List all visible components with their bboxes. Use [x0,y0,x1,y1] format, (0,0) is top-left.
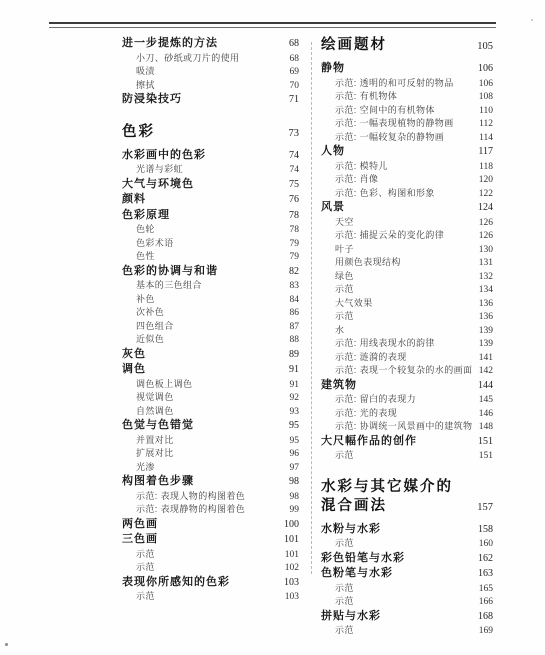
toc-entry-label: 颜料 [122,192,146,208]
toc-entry: 彩色铅笔与水彩162 [321,551,493,567]
toc-entry-page-number: 93 [286,406,300,419]
toc-entry: 光谱与彩虹74 [122,163,299,177]
toc-entry-page-number: 68 [285,36,299,52]
toc-entry-label: 调色板上调色 [136,378,192,391]
toc-entry-page-number: 103 [281,591,299,604]
toc-entry: 色彩73 [122,123,299,143]
toc-entry-label: 构图着色步骤 [122,474,194,490]
toc-entry-label: 色彩 [122,123,155,142]
toc-entry-label: 色彩原理 [122,208,170,224]
toc-entry-label: 叶子 [335,243,354,256]
toc-entry: 色彩原理78 [122,208,299,224]
toc-entry: 示范136 [321,310,493,324]
toc-entry: 色轮78 [122,223,299,237]
toc-entry-page-number: 117 [474,144,493,160]
toc-entry-label: 示范 [335,624,354,637]
toc-entry-label: 并置对比 [136,434,174,447]
toc-column-right: 绘画题材105静物106示范: 透明的和可反射的物品106示范: 有机物体108… [321,36,493,638]
toc-entry: 吸渍69 [122,65,299,79]
scan-speck [5,643,8,646]
toc-entry-page-number: 106 [474,61,493,77]
toc-entry-label: 补色 [136,293,155,306]
toc-entry-label: 示范 [136,561,155,574]
toc-entry: 灰色89 [122,347,299,363]
toc-entry: 示范: 光的表现146 [321,407,493,421]
toc-entry-label: 光谱与彩虹 [136,163,183,176]
toc-entry-page-number: 99 [286,504,300,517]
toc-entry: 静物106 [321,61,493,77]
toc-entry: 进一步提炼的方法68 [122,36,299,52]
toc-entry: 色性79 [122,250,299,264]
toc-entry-label: 示范 [335,537,354,550]
toc-entry-label: 水粉与水彩 [321,522,381,538]
toc-entry-page-number: 158 [474,522,493,538]
toc-entry-page-number: 166 [475,596,493,609]
toc-entry-label: 示范 [136,590,155,603]
toc-entry-page-number: 101 [281,549,299,562]
toc-entry-label: 示范: 表现一个较复杂的水的画面 [335,364,472,377]
toc-entry-page-number: 106 [475,78,493,91]
toc-entry-label: 色轮 [136,223,155,236]
toc-entry-label: 示范: 空间中的有机物体 [335,104,435,117]
toc-entry-page-number: 110 [475,105,493,118]
toc-entry: 示范: 协调统一风景画中的建筑物148 [321,420,493,434]
toc-entry-page-number: 79 [286,238,300,251]
toc-entry-page-number: 126 [475,230,493,243]
toc-entry-page-number: 139 [475,325,493,338]
toc-entry: 示范: 透明的和可反射的物品106 [321,77,493,91]
toc-entry-page-number: 75 [285,177,299,193]
toc-entry: 示范165 [321,582,493,596]
toc-entry-label: 示范: 光的表现 [335,407,397,420]
toc-entry-page-number: 69 [286,66,300,79]
toc-entry-page-number: 82 [285,264,299,280]
toc-entry: 示范: 一幅较复杂的静物画114 [321,131,493,145]
toc-entry: 三色画101 [122,532,299,548]
toc-entry-page-number: 148 [475,421,493,434]
toc-entry: 次补色86 [122,306,299,320]
toc-entry-label: 示范: 一幅较复杂的静物画 [335,131,444,144]
toc-entry: 绿色132 [321,270,493,284]
toc-entry-page-number: 151 [475,450,493,463]
toc-entry: 基本的三色组合83 [122,279,299,293]
toc-entry-label: 绘画题材 [321,36,387,55]
toc-entry-page-number: 74 [285,148,299,164]
toc-entry: 示范: 色彩、构图和形象122 [321,187,493,201]
toc-entry: 混合画法157 [321,497,493,517]
toc-entry: 扩展对比96 [122,447,299,461]
scan-speck [531,19,533,21]
toc-entry-label: 建筑物 [321,378,357,394]
toc-entry-label: 示范: 一幅表现植物的静物画 [335,117,454,130]
toc-entry-label: 吸渍 [136,65,155,78]
toc-entry-label: 次补色 [136,306,164,319]
toc-entry: 色粉笔与水彩163 [321,566,493,582]
toc-entry: 擦拭70 [122,79,299,93]
toc-entry: 水彩与其它媒介的 [321,478,493,497]
toc-entry: 小刀、砂纸或刀片的使用68 [122,52,299,66]
toc-entry: 四色组合87 [122,320,299,334]
toc-entry: 调色板上调色91 [122,378,299,392]
toc-entry-page-number: 78 [285,208,299,224]
toc-entry: 颜料76 [122,192,299,208]
toc-entry-page-number: 132 [475,271,493,284]
toc-entry-label: 视觉调色 [136,391,174,404]
toc-entry: 示范166 [321,595,493,609]
toc-entry: 水粉与水彩158 [321,522,493,538]
toc-entry-label: 混合画法 [321,497,387,516]
toc-entry-label: 示范: 透明的和可反射的物品 [335,77,454,90]
toc-entry-label: 擦拭 [136,79,155,92]
toc-entry: 示范: 留白的表现力145 [321,393,493,407]
toc-entry-page-number: 78 [286,224,300,237]
toc-entry-label: 灰色 [122,347,146,363]
toc-entry-label: 防浸染技巧 [122,92,182,108]
toc-entry-label: 用颜色表现结构 [335,256,401,269]
toc-entry: 视觉调色92 [122,391,299,405]
toc-entry-page-number: 98 [285,474,299,490]
toc-entry-page-number: 146 [475,408,493,421]
toc-entry: 用颜色表现结构131 [321,256,493,270]
toc-entry: 示范: 涟漪的表现141 [321,351,493,365]
toc-entry-label: 拼贴与水彩 [321,609,381,625]
toc-entry-label: 色彩术语 [136,237,174,250]
toc-entry-page-number: 98 [286,491,300,504]
toc-entry: 色彩术语79 [122,237,299,251]
toc-entry-page-number: 169 [475,625,493,638]
toc-entry-label: 大气效果 [335,297,373,310]
toc-entry-page-number: 91 [286,379,300,392]
toc-entry-page-number: 95 [286,435,300,448]
column-divider-line [311,42,312,574]
toc-entry-label: 水彩画中的色彩 [122,148,206,164]
toc-entry: 防浸染技巧71 [122,92,299,108]
toc-entry-label: 大气与环境色 [122,177,194,193]
toc-entry-page-number: 100 [280,517,299,533]
toc-entry-page-number: 89 [285,347,299,363]
toc-entry-label: 色觉与色错觉 [122,418,194,434]
toc-entry-label: 三色画 [122,532,158,548]
toc-entry: 近似色88 [122,333,299,347]
toc-entry-label: 示范: 有机物体 [335,90,397,103]
toc-entry-label: 水 [335,324,344,337]
toc-entry: 示范169 [321,624,493,638]
toc-entry-label: 示范: 用线表现水的韵律 [335,337,435,350]
toc-entry: 示范: 表现一个较复杂的水的画面142 [321,364,493,378]
toc-entry-label: 色性 [136,250,155,263]
toc-entry: 示范: 有机物体108 [321,90,493,104]
toc-entry: 示范: 肖像120 [321,173,493,187]
toc-entry-page-number: 165 [475,583,493,596]
toc-entry-page-number: 141 [475,352,493,365]
toc-entry-page-number: 79 [286,251,300,264]
toc-entry-page-number: 73 [285,124,300,143]
toc-entry-label: 扩展对比 [136,447,174,460]
toc-entry-label: 基本的三色组合 [136,279,202,292]
toc-entry-page-number: 160 [475,538,493,551]
toc-entry-page-number: 122 [475,188,493,201]
toc-entry: 示范134 [321,283,493,297]
toc-entry-page-number: 120 [475,174,493,187]
toc-entry: 人物117 [321,144,493,160]
toc-entry-page-number: 74 [286,164,300,177]
toc-entry: 色彩的协调与和谐82 [122,264,299,280]
toc-entry-page-number: 97 [286,462,300,475]
toc-entry: 天空126 [321,216,493,230]
toc-entry: 叶子130 [321,243,493,257]
toc-entry-label: 调色 [122,362,146,378]
toc-entry: 并置对比95 [122,434,299,448]
toc-entry-page-number: 144 [474,378,493,394]
toc-entry-page-number: 92 [286,392,300,405]
toc-entry-label: 示范: 捕捉云朵的变化韵律 [335,229,444,242]
toc-entry-page-number: 101 [280,532,299,548]
toc-entry-label: 示范 [335,449,354,462]
toc-entry-page-number: 86 [286,307,300,320]
toc-entry-page-number: 130 [475,244,493,257]
toc-entry-label: 水彩与其它媒介的 [321,478,453,497]
toc-entry-label: 示范 [335,595,354,608]
toc-entry-page-number: 114 [475,132,493,145]
toc-entry: 示范: 空间中的有机物体110 [321,104,493,118]
toc-page: 进一步提炼的方法68小刀、砂纸或刀片的使用68吸渍69擦拭70防浸染技巧71色彩… [0,0,545,655]
toc-entry-page-number: 84 [286,294,300,307]
toc-entry: 拼贴与水彩168 [321,609,493,625]
toc-entry: 构图着色步骤98 [122,474,299,490]
toc-entry-label: 小刀、砂纸或刀片的使用 [136,52,239,65]
toc-entry: 风景124 [321,200,493,216]
toc-entry-page-number: 102 [281,562,299,575]
toc-entry: 示范102 [122,561,299,575]
toc-entry-label: 示范: 表现人物的构图着色 [136,490,245,503]
toc-entry-page-number: 96 [286,448,300,461]
toc-entry-label: 风景 [321,200,345,216]
toc-entry-page-number: 124 [474,200,493,216]
toc-entry-label: 色彩的协调与和谐 [122,264,218,280]
toc-entry-label: 进一步提炼的方法 [122,36,218,52]
toc-entry-label: 示范: 涟漪的表现 [335,351,407,364]
toc-entry-label: 光渗 [136,461,155,474]
toc-entry: 自然调色93 [122,405,299,419]
toc-entry-label: 示范: 肖像 [335,173,378,186]
toc-entry-page-number: 151 [474,434,493,450]
toc-entry: 大尺幅作品的创作151 [321,434,493,450]
toc-entry-page-number: 145 [475,394,493,407]
toc-entry: 两色画100 [122,517,299,533]
toc-entry-page-number: 76 [285,192,299,208]
toc-entry-label: 示范: 协调统一风景画中的建筑物 [335,420,472,433]
toc-entry-page-number: 71 [285,92,299,108]
toc-entry-page-number: 162 [474,551,493,567]
toc-entry-page-number: 95 [285,418,299,434]
toc-entry-page-number: 168 [474,609,493,625]
toc-entry-page-number: 91 [285,362,299,378]
toc-entry-label: 示范: 留白的表现力 [335,393,416,406]
toc-entry-page-number: 88 [286,334,300,347]
toc-entry: 示范: 一幅表现植物的静物画112 [321,117,493,131]
toc-entry-label: 两色画 [122,517,158,533]
toc-entry: 绘画题材105 [321,36,493,56]
toc-entry: 色觉与色错觉95 [122,418,299,434]
toc-entry-page-number: 139 [475,338,493,351]
toc-entry-label: 表现你所感知的色彩 [122,575,230,591]
toc-entry-page-number: 157 [473,498,493,517]
toc-entry-page-number: 68 [286,53,300,66]
toc-entry-label: 示范 [335,310,354,323]
toc-entry: 示范101 [122,548,299,562]
toc-entry-page-number: 105 [473,37,493,56]
top-double-rule [49,22,496,28]
toc-entry-page-number: 118 [475,161,493,174]
toc-entry-page-number: 136 [475,311,493,324]
toc-entry-label: 天空 [335,216,354,229]
toc-entry-page-number: 112 [475,118,493,131]
toc-entry-label: 近似色 [136,333,164,346]
toc-entry: 水彩画中的色彩74 [122,148,299,164]
toc-entry: 示范160 [321,537,493,551]
toc-entry: 示范: 表现人物的构图着色98 [122,490,299,504]
toc-entry: 水139 [321,324,493,338]
toc-column-left: 进一步提炼的方法68小刀、砂纸或刀片的使用68吸渍69擦拭70防浸染技巧71色彩… [122,36,299,604]
toc-entry-label: 彩色铅笔与水彩 [321,551,405,567]
toc-entry-page-number: 83 [286,280,300,293]
toc-entry: 大气与环境色75 [122,177,299,193]
toc-entry-label: 大尺幅作品的创作 [321,434,417,450]
toc-entry: 示范: 用线表现水的韵律139 [321,337,493,351]
toc-entry-label: 色粉笔与水彩 [321,566,393,582]
toc-entry-label: 示范: 色彩、构图和形象 [335,187,435,200]
toc-entry-label: 示范 [136,548,155,561]
toc-entry: 表现你所感知的色彩103 [122,575,299,591]
toc-entry-label: 绿色 [335,270,354,283]
toc-entry-label: 人物 [321,144,345,160]
toc-entry-page-number: 70 [286,80,300,93]
toc-entry-page-number: 163 [474,566,493,582]
toc-entry: 大气效果136 [321,297,493,311]
toc-entry: 示范103 [122,590,299,604]
toc-entry-label: 静物 [321,61,345,77]
toc-entry: 示范: 模特儿118 [321,160,493,174]
toc-entry-label: 自然调色 [136,405,174,418]
toc-entry-page-number: 103 [280,575,299,591]
toc-entry-page-number: 142 [475,365,493,378]
toc-entry: 调色91 [122,362,299,378]
toc-entry: 建筑物144 [321,378,493,394]
toc-entry: 光渗97 [122,461,299,475]
toc-entry-page-number: 131 [475,257,493,270]
toc-entry-label: 示范 [335,582,354,595]
toc-entry: 补色84 [122,293,299,307]
toc-entry: 示范151 [321,449,493,463]
toc-entry-page-number: 134 [475,284,493,297]
toc-entry-label: 四色组合 [136,320,174,333]
toc-entry-page-number: 126 [475,217,493,230]
toc-entry: 示范: 捕捉云朵的变化韵律126 [321,229,493,243]
toc-entry-label: 示范: 模特儿 [335,160,388,173]
toc-entry-label: 示范: 表现静物的构图着色 [136,503,245,516]
toc-entry-page-number: 108 [475,91,493,104]
toc-entry-label: 示范 [335,283,354,296]
toc-entry-page-number: 87 [286,321,300,334]
toc-entry: 示范: 表现静物的构图着色99 [122,503,299,517]
toc-entry-page-number: 136 [475,298,493,311]
